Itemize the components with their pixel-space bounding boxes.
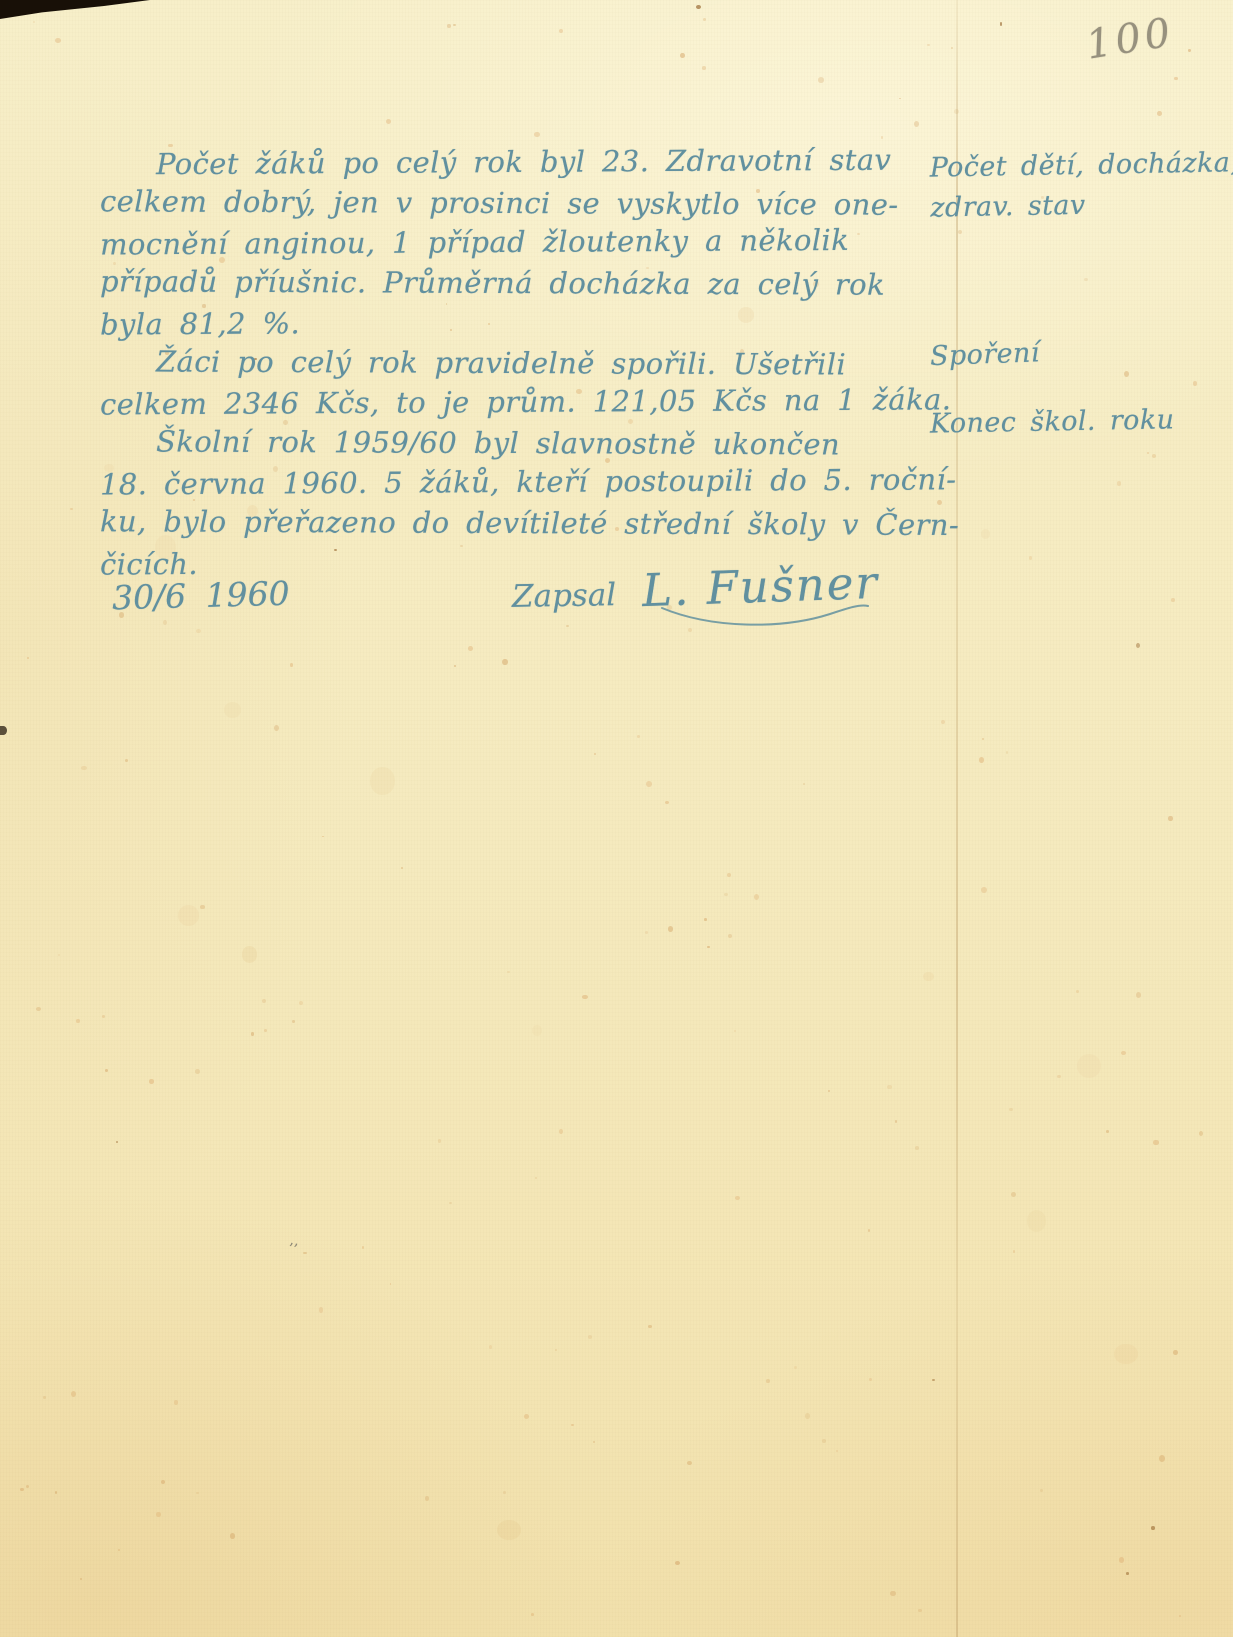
margin-note-line: zdrav. stav — [930, 183, 1226, 228]
signature-flourish-stroke — [660, 588, 870, 628]
text-line: Počet žáků po celý rok byl 23. Zdravotní… — [100, 140, 915, 185]
margin-crease-line — [956, 0, 958, 1637]
text-line: Žáci po celý rok pravidelně spořili. Uše… — [100, 341, 915, 385]
entry-date: 30/6 1960 — [112, 574, 291, 618]
text-line: případů příušnic. Průměrná docházka za c… — [100, 261, 915, 305]
margin-note-line: Počet dětí, docházka, — [929, 143, 1225, 188]
text-line: byla 81,2 %. — [100, 300, 915, 345]
text-line: celkem 2346 Kčs, to je prům. 121,05 Kčs … — [100, 380, 915, 425]
main-text: Počet žáků po celý rok byl 23. Zdravotní… — [100, 142, 915, 582]
margin-note-end-of-year: Konec škol. roku — [930, 399, 1226, 444]
text-line: celkem dobrý, jen v prosinci se vyskytlo… — [100, 181, 915, 225]
scanned-chronicle-page: 100 Počet žáků po celý rok byl 23. Zdrav… — [0, 0, 1233, 1637]
text-line: mocnění anginou, 1 případ žloutenky a ně… — [100, 220, 915, 265]
text-line: Školní rok 1959/60 byl slavnostně ukonče… — [100, 421, 915, 465]
scribe-label: Zapsal — [512, 577, 617, 615]
text-line: 18. června 1960. 5 žáků, kteří postoupil… — [100, 460, 915, 505]
margin-note-attendance: Počet dětí, docházka, zdrav. stav — [929, 143, 1225, 228]
text-line: ku, bylo přeřazeno do devítileté střední… — [100, 501, 915, 545]
scan-edge-tick — [0, 726, 7, 735]
